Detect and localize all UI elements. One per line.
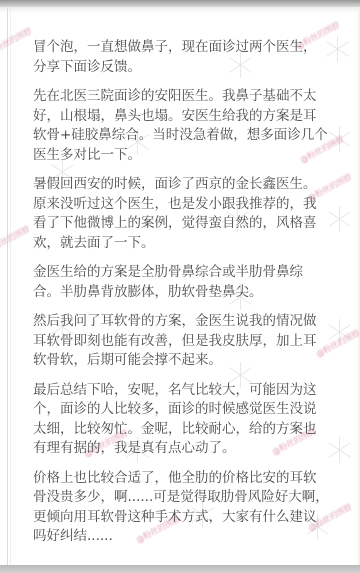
screenshot-page: { "post": { "paragraphs": [ {"lines": ["… — [0, 0, 360, 573]
post-paragraph: 最后总结下哈，安呢，名气比较大，可能因为这 个，面诊的人比较多，面诊的时候感觉医… — [33, 381, 332, 459]
post-paragraph: 暑假回西安的时候，面诊了西京的金长鑫医生。 原来没听过这个医生，也是发小跟我推荐… — [33, 175, 332, 253]
post-paragraph: 金医生给的方案是全肋骨鼻综合或半肋骨鼻综 合。半肋鼻背放膨体，肋软骨垫鼻尖。 — [33, 263, 332, 302]
post-paragraph: 冒个泡，一直想做鼻子，现在面诊过两个医生， 分享下面诊反馈。 — [33, 38, 332, 77]
post-paragraph: 先在北医三院面诊的安阳医生。我鼻子基础不太 好，山根塌，鼻头也塌。安医生给我的方… — [33, 87, 332, 165]
post-paragraph: 然后我问了耳软骨的方案，金医生说我的情况做 耳软骨即刻也能有改善，但是我皮肤厚，… — [33, 312, 332, 371]
post-body: 冒个泡，一直想做鼻子，现在面诊过两个医生， 分享下面诊反馈。 先在北医三院面诊的… — [0, 0, 360, 573]
post-paragraph: 价格上也比较合适了，他全肋的价格比安的耳软 骨没贵多少，啊......可是觉得取… — [33, 469, 332, 547]
